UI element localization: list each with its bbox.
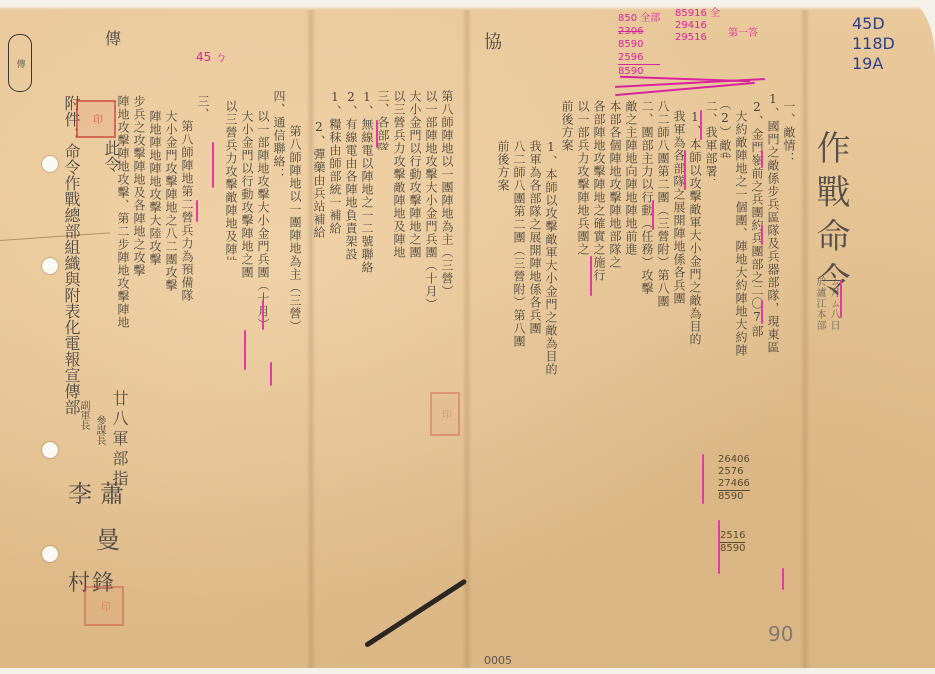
page-number: 90 — [768, 622, 793, 646]
text-line: 敵之主陣地向陣地陣地前進 — [624, 100, 638, 600]
text-line: 1、國門之敵係步兵區隊及兵器部隊，現東區 — [766, 92, 780, 612]
pink-underline-mark — [702, 454, 704, 504]
text-line: 大小金門以行動攻擊陣地之團 — [240, 110, 254, 570]
pink-underline-mark — [376, 120, 378, 148]
top-center-mark: 協 — [484, 28, 502, 54]
text-line: 大小金門攻擊陣地之八二團攻擊 — [164, 110, 178, 510]
text-line: 二、團部主力以行動（任務）攻擊 — [640, 100, 654, 600]
text-line: 1、糧秣由師部統一補給 — [328, 90, 342, 590]
issued-from: 於瀘江本部 — [812, 276, 826, 346]
section-heading: 四、通信聯絡： — [272, 90, 286, 190]
signer-name: 曼 — [96, 520, 120, 555]
archive-number: 0005 — [484, 654, 512, 667]
pink-underline-mark — [761, 225, 763, 245]
handwritten-attachment-note: 附件：命令作戰總部組織與附表化電報宣傳部 — [62, 95, 80, 415]
pink-underline-mark — [262, 300, 264, 330]
section-heading: 三、各部隊任務 — [376, 90, 390, 150]
pencil-calculation: 26406 2576 27466 8590 — [718, 454, 750, 503]
text-line: 以一部陣地攻擊大小金門兵團（十月） — [424, 90, 438, 610]
date-line: ㄙ月ㄙ八日 — [826, 276, 840, 346]
pink-calculation: 850 全部 2306 8590 2596 8590 — [618, 12, 660, 78]
pink-underline-mark — [244, 330, 246, 370]
section-heading: 三、 — [196, 95, 210, 395]
punch-hole — [42, 442, 58, 458]
pink-underline-mark — [718, 520, 720, 574]
pink-underline-mark — [590, 256, 592, 296]
text-line: 大小金門以行動攻擊陣地之團 — [408, 90, 422, 610]
fold-line — [800, 10, 810, 668]
punch-hole — [42, 156, 58, 172]
text-line: 第八師陣地以一團陣地為主（三營） — [288, 125, 302, 585]
pink-underline-mark — [761, 150, 763, 168]
text-line: 陣地陣地陣地攻擊大陸攻擊 — [148, 110, 162, 510]
distribution-note: 此令 — [100, 140, 123, 172]
pink-page-note: 45 ㄅ — [196, 48, 227, 65]
text-line: 以一部陣地攻擊大小金門兵團（十月） — [256, 110, 270, 570]
pencil-calculation: 2516 8590 — [720, 530, 745, 555]
pink-underline-mark — [840, 280, 842, 318]
text-line: 我軍為各部隊之展開陣地係各兵團 — [528, 140, 542, 600]
pink-note: 第一答 — [728, 24, 758, 39]
text-line: 2、有線電由各陣地負責架設 — [344, 90, 358, 590]
center-fold — [462, 10, 472, 668]
section-heading: 二、我軍部署： — [704, 100, 718, 180]
blue-code: 118D — [852, 34, 895, 54]
signer-name: 蕭 — [100, 474, 124, 509]
text-line: 2、金門嶺前之兵團約兵團部之二〇7部 — [750, 100, 764, 610]
text-line: 1、本師以攻擊敵軍大小金門之敵為目的 — [544, 140, 558, 600]
pink-underline-mark — [782, 568, 784, 590]
text-line: 第八師陣地第二營兵力為預備隊 — [180, 120, 194, 450]
text-line: 八二師八團第二團（三營附）第八團 — [656, 100, 670, 600]
blue-code-list: 45D 118D 19A — [852, 14, 895, 74]
text-line: 本部各個陣地攻擊陣地部隊之 — [608, 100, 622, 600]
pink-underline-mark — [761, 300, 763, 324]
text-line: 步兵之攻擊陣地及各陣地之攻擊 — [132, 95, 146, 455]
text-line: 以三營兵力攻擊敵陣地及陣地 — [392, 90, 406, 610]
pink-underline-mark — [270, 362, 272, 386]
signer-role: 副軍長 — [76, 400, 91, 430]
text-line: 2、彈藥由兵站補給 — [312, 120, 326, 590]
pink-underline-mark — [196, 200, 198, 222]
circled-margin-mark: 傳 — [8, 34, 32, 92]
red-seal: 印 — [84, 586, 124, 626]
text-line: 八二師八團第二團（三營附）第八團 — [512, 140, 526, 600]
text-line: 第八師陣地以一團陣地為主（三營） — [440, 90, 454, 610]
text-line: 1、本師以攻擊敵軍大小金門之敵為目的 — [688, 110, 702, 610]
blue-code: 19A — [852, 54, 895, 74]
red-seal: 印 — [430, 392, 460, 436]
pink-underline-mark — [652, 200, 654, 230]
text-line: 前後方案 — [496, 140, 510, 270]
paper-top-edge — [0, 0, 935, 10]
punch-hole — [42, 546, 58, 562]
pink-underline-mark — [684, 150, 686, 190]
text-line: 1、無線電以陣地之一二號聯絡 — [360, 90, 374, 590]
text-line: 陣地攻擊陣地攻擊、第二步陣地攻擊陣地 — [116, 95, 130, 355]
signer-role: 參謀長 — [92, 415, 107, 445]
top-left-mark: 傳 — [105, 26, 121, 49]
blue-code: 45D — [852, 14, 895, 34]
text-line: （2）敵我態勢： — [718, 98, 732, 158]
red-seal: 印 — [76, 100, 116, 138]
text-line: 各部陣地攻擊陣地之確實之施行 — [592, 100, 606, 600]
section-heading: 一、敵情： — [782, 100, 796, 190]
text-line: 前後方案 — [560, 100, 574, 520]
pink-bracket-note: 85916 全 29416 29516 — [675, 8, 720, 44]
text-line: 以三營兵力攻擊敵陣地及陣地 — [224, 100, 238, 260]
pink-underline-mark — [212, 142, 214, 188]
pink-underline-mark — [700, 110, 702, 140]
signer-name: 李 — [68, 474, 92, 509]
punch-hole — [42, 258, 58, 274]
text-line: 以一部兵力攻擊陣地兵團之 — [576, 100, 590, 600]
